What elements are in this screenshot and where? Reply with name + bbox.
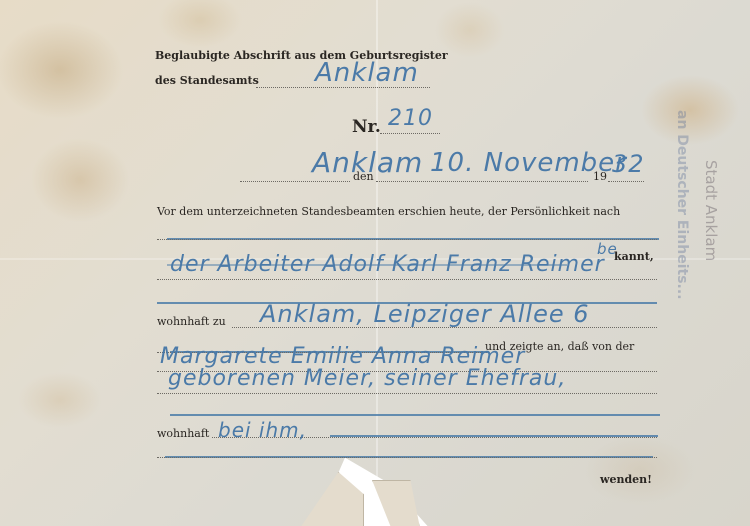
blank-line-final xyxy=(157,457,657,458)
intro-text: Vor dem unterzeichneten Standesbeamten e… xyxy=(157,205,620,218)
date-line xyxy=(376,181,588,182)
residence-label: wohnhaft zu xyxy=(157,315,226,328)
date-connector: den xyxy=(353,170,374,183)
place-line xyxy=(240,181,350,182)
year-value: 32 xyxy=(612,150,645,178)
mother-maiden-value: geborenen Meier, seiner Ehefrau, xyxy=(168,366,566,391)
informant-line xyxy=(157,279,657,280)
year-prefix: 19 xyxy=(593,170,607,183)
year-line xyxy=(608,181,644,182)
side-stamp: an Deutscher Einheits... xyxy=(674,110,690,300)
identity-suffix: kannt, xyxy=(614,250,654,263)
number-value: 210 xyxy=(388,106,433,131)
office-label: des Standesamts xyxy=(155,74,259,87)
cancel-line-4 xyxy=(170,414,660,416)
turn-over-note: wenden! xyxy=(600,473,652,486)
mother-residence-value: bei ihm, xyxy=(218,418,307,442)
informant-value: der Arbeiter Adolf Karl Franz Reimer xyxy=(170,252,605,277)
office-value: Anklam xyxy=(315,58,419,88)
side-stamp-2: Stadt Anklam xyxy=(702,160,720,261)
blank-line-1 xyxy=(157,239,657,240)
mother-maiden-line xyxy=(157,393,657,394)
number-label: Nr. xyxy=(352,117,381,137)
residence-value: Anklam, Leipziger Allee 6 xyxy=(260,300,590,328)
number-line xyxy=(380,133,440,134)
mother-residence-label: wohnhaft xyxy=(157,427,209,440)
